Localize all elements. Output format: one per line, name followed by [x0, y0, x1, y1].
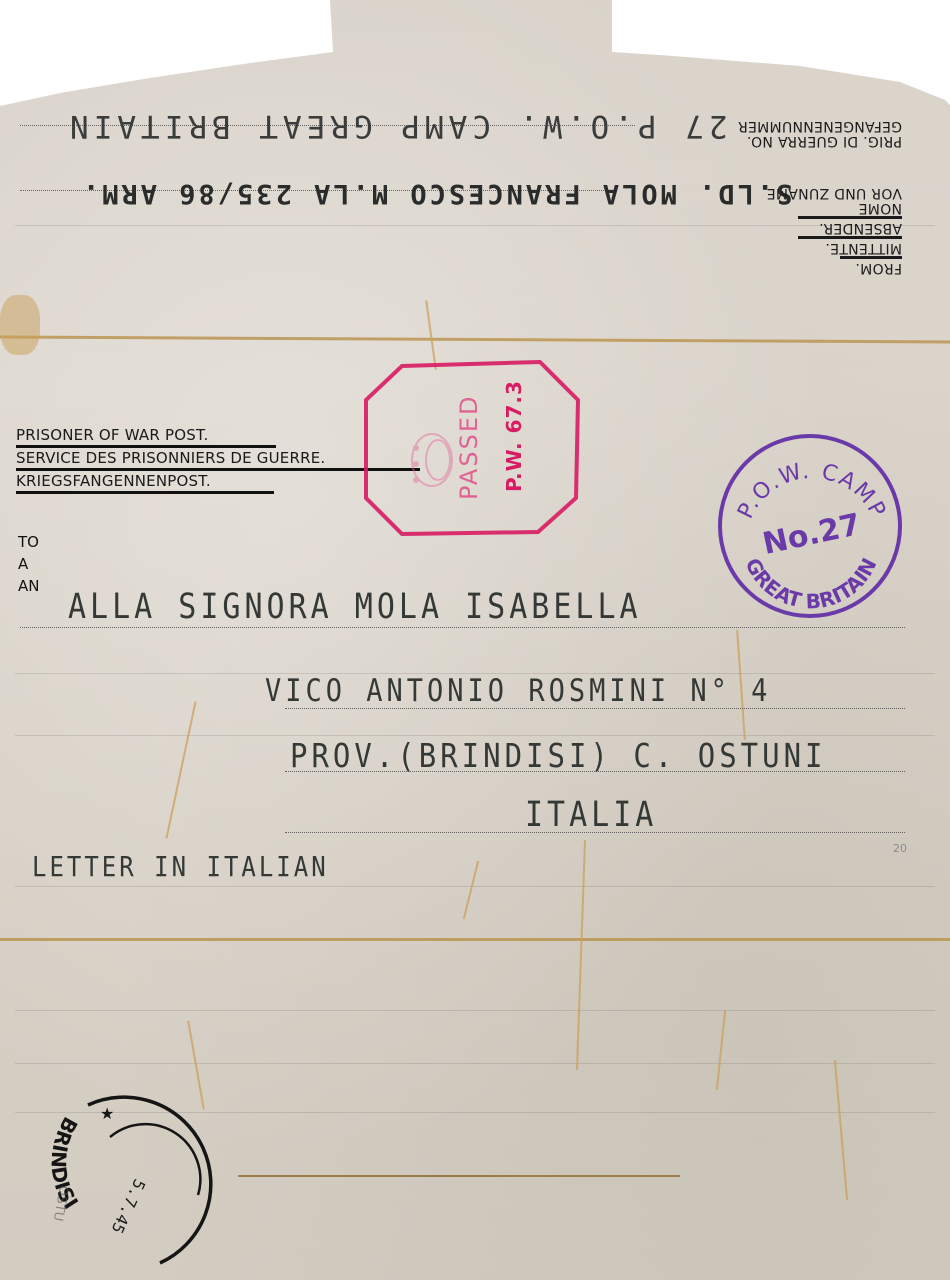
underline — [840, 256, 902, 259]
pow-center-text: No.27 — [760, 507, 864, 562]
pow-lettercard: 27 P.O.W. CAMP GREAT BRITAIN S.LD. MOLA … — [0, 0, 950, 1280]
underline — [798, 236, 902, 239]
postmark-date-text: 5.7.45 — [107, 1176, 149, 1236]
star-icon: ★ — [100, 1104, 114, 1123]
crown-icon — [412, 434, 452, 486]
flap-edge — [238, 1175, 680, 1177]
faint-line — [15, 886, 935, 887]
label-vor-und-zuname: VOR UND ZUNAME — [732, 185, 902, 200]
address-line-city: PROV.(BRINDISI) C. OSTUNI — [290, 736, 827, 775]
underline — [16, 445, 276, 448]
address-line-country: ITALIA — [525, 795, 657, 835]
sender-name-value: S.LD. MOLA FRANCESCO M.LA 235/86 ARM. — [80, 178, 792, 209]
pow-camp-stamp: P.O.W. CAMP No.27 GREAT BRITAIN — [716, 432, 904, 620]
underline — [798, 216, 902, 219]
address-line-recipient: ALLA SIGNORA MOLA ISABELLA — [68, 587, 642, 627]
to-labels: TO A AN — [18, 531, 39, 597]
label-to: TO — [18, 531, 39, 553]
pow-bottom-text: GREAT BRITAIN — [740, 554, 881, 613]
stain-blot — [0, 295, 40, 355]
censor-code-text: P.W. 67.3 — [502, 380, 526, 492]
label-mittente: MITTENTE. — [732, 240, 902, 255]
label-nome: NOME — [732, 200, 902, 215]
address-line-street: VICO ANTONIO ROSMINI N° 4 — [265, 673, 771, 709]
fold-line-bottom — [0, 938, 950, 941]
label-absender: ABSENDER. — [732, 220, 902, 235]
sender-number-labels: PRIG. DI GUERRA NO. GEFANGENENNUMMER — [640, 118, 902, 148]
sender-camp-value: 27 P.O.W. CAMP GREAT BRITAIN — [65, 108, 728, 144]
label-gefangenennummer: GEFANGENENNUMMER — [640, 118, 902, 133]
underline — [16, 491, 274, 494]
pow-top-text: P.O.W. CAMP — [733, 459, 891, 523]
label-prig-di-guerra: PRIG. DI GUERRA NO. — [640, 133, 902, 148]
label-an: AN — [18, 575, 39, 597]
sender-name-labels: FROM. MITTENTE. ABSENDER. NOME VOR UND Z… — [732, 185, 902, 275]
pencil-mark: 20 — [893, 842, 907, 855]
label-from: FROM. — [732, 260, 902, 275]
faint-line — [15, 1010, 935, 1011]
svg-text:GREAT BRITAIN: GREAT BRITAIN — [740, 554, 881, 613]
address-rule-1 — [20, 627, 905, 628]
censor-passed-text: PASSED — [455, 395, 483, 500]
label-a: A — [18, 553, 39, 575]
note-letter-in-italian: LETTER IN ITALIAN — [32, 851, 329, 883]
svg-text:P.O.W. CAMP: P.O.W. CAMP — [733, 459, 891, 523]
faint-line — [15, 1063, 935, 1064]
brindisi-postmark: BRINDISI 5.7.45 OSTU ★ — [40, 1085, 230, 1265]
